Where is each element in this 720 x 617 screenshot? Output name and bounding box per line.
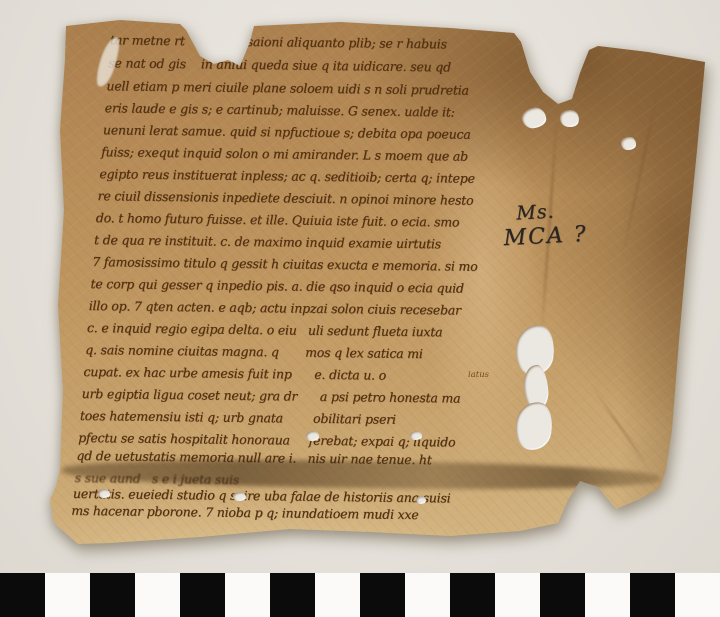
parchment-hole: [306, 431, 319, 441]
scale-bar-white-segment: [45, 573, 90, 617]
parchment-hole: [410, 431, 422, 440]
text-line: q. sais nomine ciuitas magna. q mos q le…: [85, 344, 423, 361]
parchment-hole: [98, 489, 110, 498]
scale-bar-black-segment: [540, 573, 585, 617]
text-line: do. t homo futuro fuisse. et ille. Quiui…: [96, 212, 460, 229]
text-line: illo op. 7 qten acten. e aqb; actu inpza…: [89, 300, 461, 317]
parchment-surface: tar metne rt int q saioni aliquanto plib…: [0, 0, 720, 617]
scale-bar-white-segment: [405, 573, 450, 617]
scale-bar-black-segment: [630, 573, 675, 617]
parchment-hole: [416, 496, 426, 504]
text-line: egipto reus instituerat inpless; ac q. s…: [99, 168, 474, 185]
text-line: ms hacenar pborone. 7 nioba p q; inundat…: [71, 505, 418, 522]
text-line: c. e inquid regio egipa delta. o eiu uli…: [87, 322, 443, 339]
text-line: toes hatemensiu isti q; urb gnata obilit…: [80, 410, 396, 426]
shelfmark-annotation: Ms. MCA ?: [502, 199, 589, 253]
photo-stage: tar metne rt int q saioni aliquanto plib…: [0, 0, 720, 617]
text-line: eris laude e gis s; e cartinub; maluisse…: [105, 102, 455, 119]
scale-bar-black-segment: [360, 573, 405, 617]
text-line: re ciuil dissensionis inpediete desciuit…: [98, 190, 474, 207]
scale-bar-white-segment: [675, 573, 720, 617]
scale-bar-white-segment: [225, 573, 270, 617]
manuscript-text-block: tar metne rt int q saioni aliquanto plib…: [0, 0, 720, 617]
text-line: se nat od gis in aniui queda siue q ita …: [108, 57, 451, 74]
scale-bar-black-segment: [90, 573, 135, 617]
scale-bar-white-segment: [135, 573, 180, 617]
text-line: te corp qui gesser q inpedio pis. a. die…: [90, 278, 463, 295]
scale-bar-white-segment: [585, 573, 630, 617]
text-line: fuiss; exequt inquid solon o mi amirande…: [101, 146, 468, 163]
text-line: uertatis. eueiedi studio q seire uba fal…: [73, 488, 451, 505]
parchment-hole: [621, 137, 636, 150]
scale-bar-white-segment: [315, 573, 360, 617]
text-line: urb egiptia ligua coset neut; gra dr a p…: [82, 388, 461, 405]
scale-bar-black-segment: [180, 573, 225, 617]
marginal-note: iatus: [468, 370, 489, 380]
text-line: pfectu se satis hospitalit honoraua fere…: [78, 432, 455, 449]
text-line: tar metne rt int q saioni aliquanto plib…: [110, 34, 447, 51]
scale-bar: [0, 573, 720, 617]
scale-bar-black-segment: [270, 573, 315, 617]
text-line: uenuni lerat samue. quid si npfuctioue s…: [103, 124, 471, 141]
scale-bar-black-segment: [450, 573, 495, 617]
shelfmark-line-2: MCA ?: [503, 222, 588, 253]
text-line: cupat. ex hac urbe amesis fuit inp e. di…: [83, 366, 386, 382]
text-line: t de qua re instituit. c. de maximo inqu…: [94, 234, 441, 251]
scale-bar-white-segment: [495, 573, 540, 617]
text-line: 7 famosissimo titulo q gessit h ciuitas …: [92, 256, 477, 273]
scale-bar-black-segment: [0, 573, 45, 617]
parchment-hole: [233, 492, 246, 501]
parchment-fragment: tar metne rt int q saioni aliquanto plib…: [0, 0, 720, 617]
text-line: uell etiam p meri ciuile plane soloem ui…: [106, 80, 468, 97]
